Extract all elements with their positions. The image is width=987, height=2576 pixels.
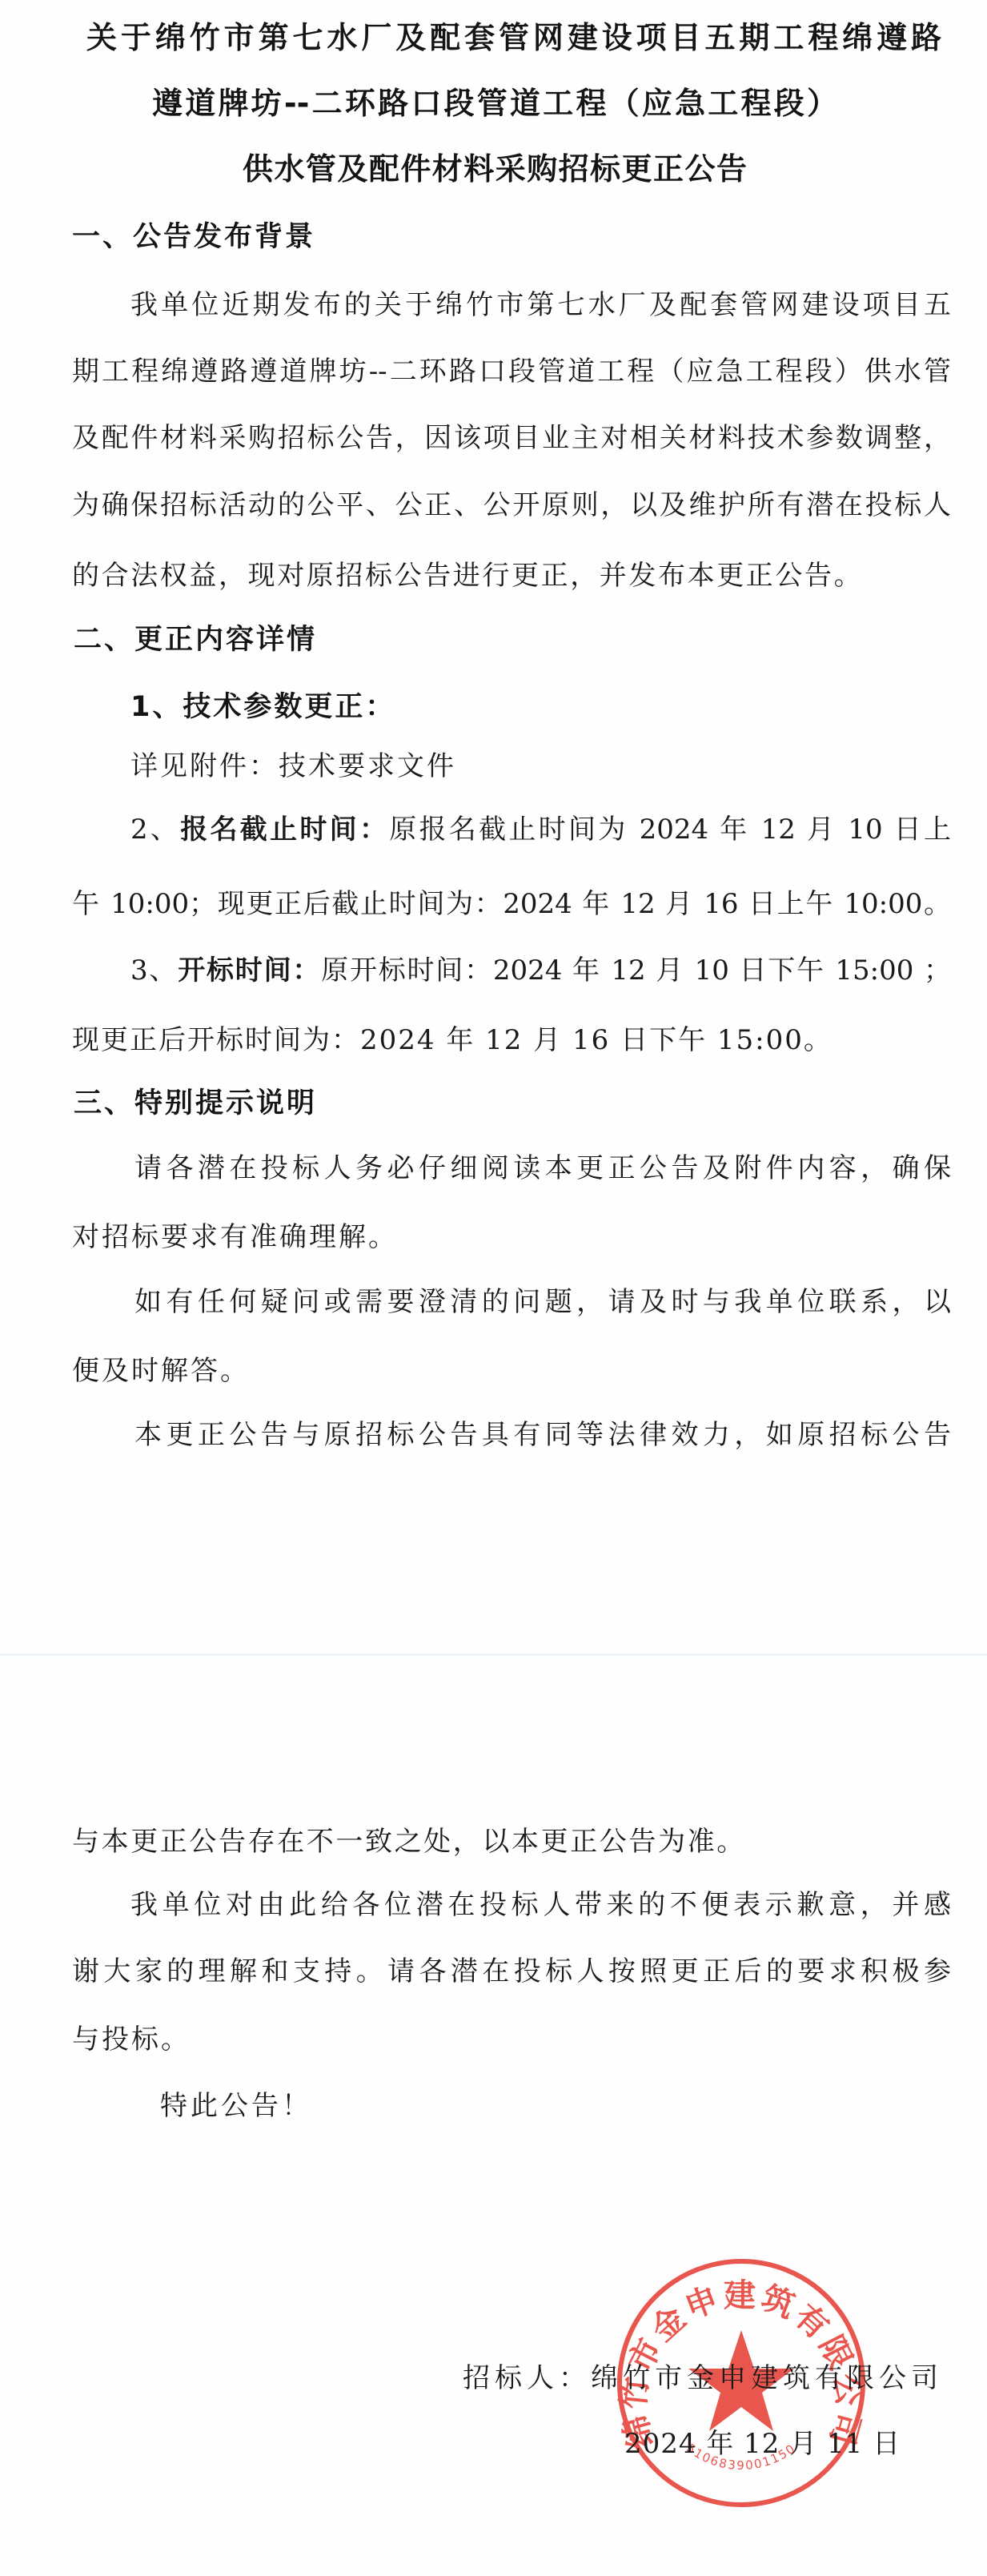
notice-paragraph-3-line-1: 本更正公告与原招标公告具有同等法律效力，如原招标公告 [134,1421,951,1449]
notice-paragraph-4-line-1: 我单位对由此给各位潜在投标人带来的不便表示歉意，并感 [130,1891,951,1919]
item-3-line-1: 3、开标时间：原开标时间：2024 年 12 月 10 日下午 15:00 ； [130,957,951,984]
issuer-signature: 招标人：绵竹市金申建筑有限公司 [463,2362,943,2394]
item-2-label: 报名截止时间： [180,814,389,846]
item-2-prefix: 2、 [130,814,180,846]
item-3-label: 开标时间： [178,954,321,987]
item-2-line-1: 2、报名截止时间：原报名截止时间为 2024 年 12 月 10 日上 [130,816,951,843]
notice-paragraph-4-line-2: 谢大家的理解和支持。请各潜在投标人按照更正后的要求积极参 [72,1958,951,1985]
notice-paragraph-4-line-3: 与投标。 [72,2023,191,2056]
notice-paragraph-2-line-1: 如有任何疑问或需要澄清的问题，请及时与我单位联系，以 [134,1288,951,1316]
item-3-original-time: 原开标时间：2024 年 12 月 10 日下午 15:00 ； [321,954,951,987]
notice-paragraph-2-line-2: 便及时解答。 [72,1355,250,1387]
notice-paragraph-1-line-2: 对招标要求有准确理解。 [72,1221,398,1253]
item-1-detail: 详见附件：技术要求文件 [130,750,456,782]
title-line-1: 关于绵竹市第七水厂及配套管网建设项目五期工程绵遵路 [86,22,941,53]
issue-date: 2024 年 12 月 11 日 [624,2428,901,2460]
section-2-heading: 二、更正内容详情 [74,624,317,656]
item-2-original-deadline: 原报名截止时间为 2024 年 12 月 10 日上 [389,814,951,846]
notice-paragraph-3-line-2: 与本更正公告存在不一致之处，以本更正公告为准。 [72,1826,746,1858]
title-line-2: 遵道牌坊--二环路口段管道工程（应急工程段） [152,88,837,119]
closing-statement: 特此公告！ [160,2090,312,2122]
item-3-prefix: 3、 [130,954,178,987]
item-2-line-2: 午 10:00；现更正后截止时间为：2024 年 12 月 16 日上午 10:… [72,890,951,918]
section-1-line-3: 及配件材料采购招标公告，因该项目业主对相关材料技术参数调整， [72,424,951,452]
section-1-line-4: 为确保招标活动的公平、公正、公开原则，以及维护所有潜在投标人 [72,492,951,519]
section-3-heading: 三、特别提示说明 [74,1087,317,1119]
section-1-line-2: 期工程绵遵路遵道牌坊--二环路口段管道工程（应急工程段）供水管 [72,358,951,385]
section-1-heading: 一、公告发布背景 [72,221,315,253]
title-line-3: 供水管及配件材料采购招标更正公告 [243,154,747,184]
item-1-label: 1、技术参数更正： [130,691,395,723]
section-1-line-5: 的合法权益，现对原招标公告进行更正，并发布本更正公告。 [72,560,863,592]
item-3-line-2: 现更正后开标时间为：2024 年 12 月 16 日下午 15:00。 [72,1024,833,1056]
notice-paragraph-1-line-1: 请各潜在投标人务必仔细阅读本更正公告及附件内容，确保 [134,1155,951,1182]
section-1-line-1: 我单位近期发布的关于绵竹市第七水厂及配套管网建设项目五 [130,291,951,319]
